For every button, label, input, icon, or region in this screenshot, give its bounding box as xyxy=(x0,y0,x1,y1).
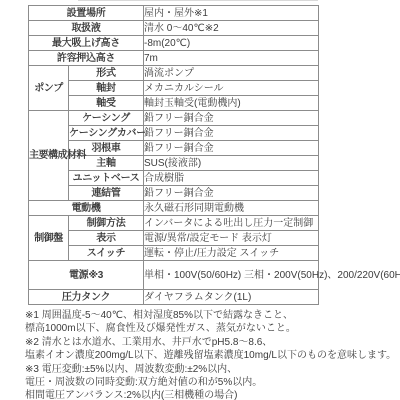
spec-label-casing: ケーシング xyxy=(69,111,144,126)
table-row: ユニットベース 合成樹脂 xyxy=(29,171,319,186)
footnote-3-line-2: 電圧・周波数の同時変動:双方絶対値の和が5%以内。 xyxy=(25,376,400,389)
spec-value-shaft-seal: メカニカルシール xyxy=(144,81,319,96)
spec-value-casing: 鉛フリー銅合金 xyxy=(144,111,319,126)
spec-label-suction-height: 最大吸上げ高さ xyxy=(29,36,144,51)
spec-label-control-method: 制御方法 xyxy=(69,216,144,231)
spec-value-inlet-head: 7m xyxy=(144,51,319,66)
table-row: 連結管 鉛フリー銅合金 xyxy=(29,186,319,201)
footnote-3-line-3: 相間電圧アンバランス:2%以内(三相機種の場合) xyxy=(25,389,400,400)
spec-label-liquid: 取扱液 xyxy=(29,21,144,36)
footnotes-section: ※1 周囲温度-5〜40℃、相対湿度85%以下で結露なきこと、 標高1000m以… xyxy=(25,309,400,400)
spec-value-main-shaft: SUS(接液部) xyxy=(144,156,319,171)
table-row: 電動機 永久磁石形同期電動機 xyxy=(29,201,319,216)
spec-value-suction-height: -8m(20℃) xyxy=(144,36,319,51)
table-row: 電源※3 単相・100V(50/60Hz) 三相・200V(50Hz)、200/… xyxy=(29,261,319,290)
spec-value-display: 電源/異常/設定モード 表示灯 xyxy=(144,231,319,246)
spec-label-type: 形式 xyxy=(69,66,144,81)
spec-value-bearing: 軸封玉軸受(電動機内) xyxy=(144,96,319,111)
crop-artifact-line xyxy=(78,0,318,1)
page-canvas: 設置場所 屋内・屋外※1 取扱液 清水 0〜40℃※2 最大吸上げ高さ -8m(… xyxy=(0,0,400,400)
spec-label-bearing: 軸受 xyxy=(69,96,144,111)
spec-label-shaft-seal: 軸封 xyxy=(69,81,144,96)
spec-label-switch: スイッチ xyxy=(69,246,144,261)
spec-value-switch: 運転・停止/圧力設定 スイッチ xyxy=(144,246,319,261)
spec-label-motor: 電動機 xyxy=(29,201,144,216)
table-row: 圧力タンク ダイヤフラムタンク(1L) xyxy=(29,290,319,305)
spec-label-power-supply: 電源※3 xyxy=(29,261,144,290)
spec-label-casing-cover: ケーシングカバー xyxy=(69,126,144,141)
spec-value-motor: 永久磁石形同期電動機 xyxy=(144,201,319,216)
table-row: ポンプ 形式 渦流ポンプ xyxy=(29,66,319,81)
table-row: 主要構成材料 ケーシング 鉛フリー銅合金 xyxy=(29,111,319,126)
spec-value-unit-base: 合成樹脂 xyxy=(144,171,319,186)
table-row: 表示 電源/異常/設定モード 表示灯 xyxy=(29,231,319,246)
footnote-1-line-2: 標高1000m以下、腐食性及び爆発性ガス、蒸気がないこと。 xyxy=(25,322,400,335)
pump-spec-table: 設置場所 屋内・屋外※1 取扱液 清水 0〜40℃※2 最大吸上げ高さ -8m(… xyxy=(28,5,319,305)
table-row: ケーシングカバー 鉛フリー銅合金 xyxy=(29,126,319,141)
spec-group-control-panel: 制御盤 xyxy=(29,216,69,261)
spec-value-installation: 屋内・屋外※1 xyxy=(144,6,319,21)
spec-value-pressure-tank: ダイヤフラムタンク(1L) xyxy=(144,290,319,305)
spec-label-pressure-tank: 圧力タンク xyxy=(29,290,144,305)
spec-value-liquid: 清水 0〜40℃※2 xyxy=(144,21,319,36)
table-row: 許容押込高さ 7m xyxy=(29,51,319,66)
footnote-3-line-1: ※3 電圧変動:±5%以内、周波数変動:±2%以内、 xyxy=(25,363,400,376)
spec-label-connecting-pipe: 連結管 xyxy=(69,186,144,201)
footnote-2-line-2: 塩素イオン濃度200mg/L以下、遊離残留塩素濃度10mg/L以下のものを意味し… xyxy=(25,349,400,362)
footnote-2-line-1: ※2 清水とは水道水、工業用水、井戸水でpH5.8〜8.6、 xyxy=(25,336,400,349)
spec-value-casing-cover: 鉛フリー銅合金 xyxy=(144,126,319,141)
spec-value-type: 渦流ポンプ xyxy=(144,66,319,81)
spec-label-display: 表示 xyxy=(69,231,144,246)
table-row: スイッチ 運転・停止/圧力設定 スイッチ xyxy=(29,246,319,261)
table-row: 取扱液 清水 0〜40℃※2 xyxy=(29,21,319,36)
footnote-1-line-1: ※1 周囲温度-5〜40℃、相対湿度85%以下で結露なきこと、 xyxy=(25,309,400,322)
spec-value-control-method: インバータによる吐出し圧力一定制御 xyxy=(144,216,319,231)
spec-value-impeller: 鉛フリー銅合金 xyxy=(144,141,319,156)
table-row: 最大吸上げ高さ -8m(20℃) xyxy=(29,36,319,51)
table-row: 軸封 メカニカルシール xyxy=(29,81,319,96)
spec-value-connecting-pipe: 鉛フリー銅合金 xyxy=(144,186,319,201)
spec-label-inlet-head: 許容押込高さ xyxy=(29,51,144,66)
spec-label-installation: 設置場所 xyxy=(29,6,144,21)
spec-group-materials: 主要構成材料 xyxy=(29,111,69,201)
table-row: 設置場所 屋内・屋外※1 xyxy=(29,6,319,21)
table-row: 軸受 軸封玉軸受(電動機内) xyxy=(29,96,319,111)
spec-value-power-supply: 単相・100V(50/60Hz) 三相・200V(50Hz)、200/220V(… xyxy=(144,261,319,290)
table-row: 制御盤 制御方法 インバータによる吐出し圧力一定制御 xyxy=(29,216,319,231)
spec-label-unit-base: ユニットベース xyxy=(69,171,144,186)
spec-group-pump: ポンプ xyxy=(29,66,69,111)
